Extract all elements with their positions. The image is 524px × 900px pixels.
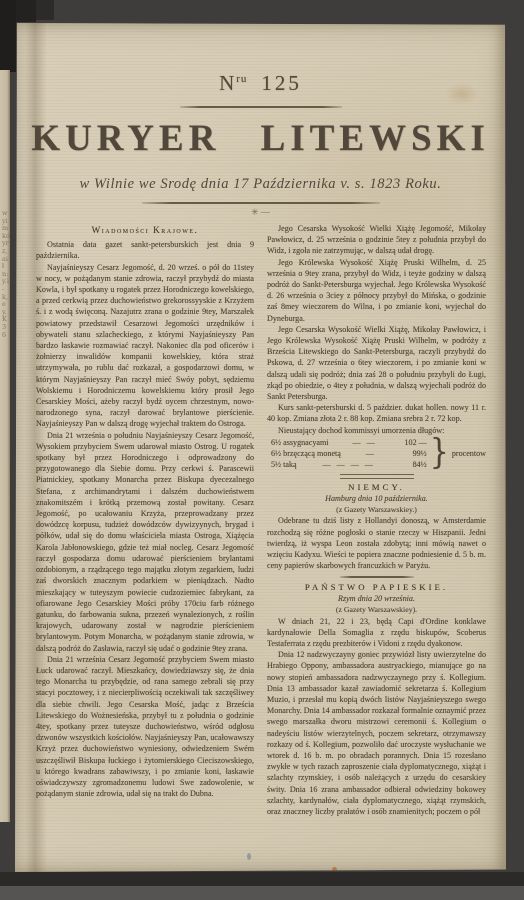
- scanner-mat-shadow: [0, 872, 524, 886]
- fund-row-leader: —: [341, 448, 401, 459]
- masthead-rule-top: [180, 106, 342, 108]
- article-paragraph: Jego Cesarska Wysokość Wielki Xiążę, Mik…: [267, 324, 486, 402]
- issue-prefix: N: [219, 71, 236, 95]
- article-paragraph: Ostatnia data gazet sankt-petersburskich…: [36, 239, 254, 261]
- fund-row-label: 6½ assygnacyami: [271, 437, 329, 448]
- newspaper-title: KURYER LITEWSKI: [15, 117, 506, 160]
- section-heading-domestic-news: Wiadomości Krajowe.: [36, 225, 254, 236]
- adjacent-page-edge: wyimkóyrz,aiłn:y.i-k,ey.K36: [0, 70, 10, 822]
- right-column: Jego Cesarska Wysokość Wielki Xiążę Jego…: [267, 223, 486, 848]
- paper-stain: [247, 853, 251, 860]
- issue-number: Nru125: [15, 71, 506, 96]
- fund-row: 6½ assygnacyami— —102 —: [271, 437, 427, 448]
- issue-superscript: ru: [236, 73, 247, 85]
- scan-background: wyimkóyrz,aiłn:y.i-k,ey.K36 Nru125 KURYE…: [0, 0, 524, 900]
- section-source: (z Gazety Warszawskiey).: [267, 604, 486, 615]
- newspaper-page: Nru125 KURYER LITEWSKI w Wilnie we Srodę…: [15, 23, 506, 872]
- masthead-rule-bottom: [142, 202, 380, 204]
- fund-row-leader: — — — —: [297, 459, 401, 470]
- left-column: Wiadomości Krajowe. Ostatnia data gazet …: [36, 223, 254, 848]
- section-divider: [340, 474, 414, 479]
- masthead-ornament: ✳ —: [15, 207, 506, 218]
- scanner-mat-corner: [0, 0, 16, 72]
- issue-digits: 125: [261, 71, 302, 95]
- masthead: Nru125 KURYER LITEWSKI w Wilnie we Srodę…: [15, 71, 506, 218]
- fund-table: 6½ assygnacyami— —102 — 6½ brzęczącą mon…: [271, 437, 486, 470]
- fund-table-intro: Nieustający dochod kommissyi umorzenia d…: [267, 425, 486, 436]
- article-paragraph: Odebrane tu dziś listy z Hollandyi donos…: [267, 515, 486, 571]
- scanner-mat-tab: [16, 0, 36, 22]
- article-paragraph: Dnia 21 września o południu Nayjaśnieysz…: [36, 430, 254, 654]
- article-paragraph: Jego Królewska Wysokość Xiążę Pruski Wil…: [267, 257, 486, 324]
- article-paragraph: Kurs sankt-petersburski d. 5 paździer. d…: [267, 402, 486, 424]
- article-paragraph: W dniach 21, 22 i 23, będą Capi d'Ordine…: [267, 616, 486, 650]
- brace-glyph: }: [430, 436, 449, 471]
- article-paragraph: Nayjaśnieyszy Cesarz Jegomość, d. 20 wrz…: [36, 262, 254, 430]
- fund-rows: 6½ assygnacyami— —102 — 6½ brzęczącą mon…: [271, 437, 427, 470]
- article-paragraph: Dnia 21 września Cesarz Jegomość przybyc…: [36, 654, 254, 800]
- fund-row: 6½ brzęczącą monetą—99½: [271, 448, 427, 459]
- article-paragraph: Dnia 12 nadzwyczayny goniec przywiózł li…: [267, 649, 486, 817]
- section-divider: [340, 576, 414, 578]
- adjacent-page-bleed-text: wyimkóyrz,aiłn:y.i-k,ey.K36: [0, 70, 10, 339]
- section-heading-germany: NIEMCY.: [267, 482, 486, 493]
- section-heading-papal-states: PAŃSTWO PAPIESKIE.: [267, 582, 486, 593]
- fund-row-value: 99½: [401, 448, 427, 459]
- article-columns: Wiadomości Krajowe. Ostatnia data gazet …: [36, 223, 486, 848]
- scanner-mat-bottom: [0, 886, 524, 900]
- fund-row-value: 102 —: [401, 437, 427, 448]
- scanner-mat-tab: [36, 0, 54, 20]
- section-dateline: Rzym dnia 20 września.: [267, 593, 486, 604]
- fund-brace-label: procentow: [452, 448, 486, 459]
- section-source: (z Gazety Warszawskiey.): [267, 504, 486, 515]
- fund-row: 5½ taką— — — —84½: [271, 459, 427, 470]
- fund-row-leader: — —: [329, 437, 401, 448]
- fund-row-value: 84½: [401, 459, 427, 470]
- fund-row-label: 6½ brzęczącą monetą: [271, 448, 341, 459]
- article-paragraph: Jego Cesarska Wysokość Wielki Xiążę Jego…: [267, 223, 486, 257]
- section-dateline: Hamburg dnia 10 października.: [267, 493, 486, 504]
- masthead-dateline: w Wilnie we Srodę dnia 17 Października v…: [15, 176, 506, 193]
- fund-row-label: 5½ taką: [271, 459, 297, 470]
